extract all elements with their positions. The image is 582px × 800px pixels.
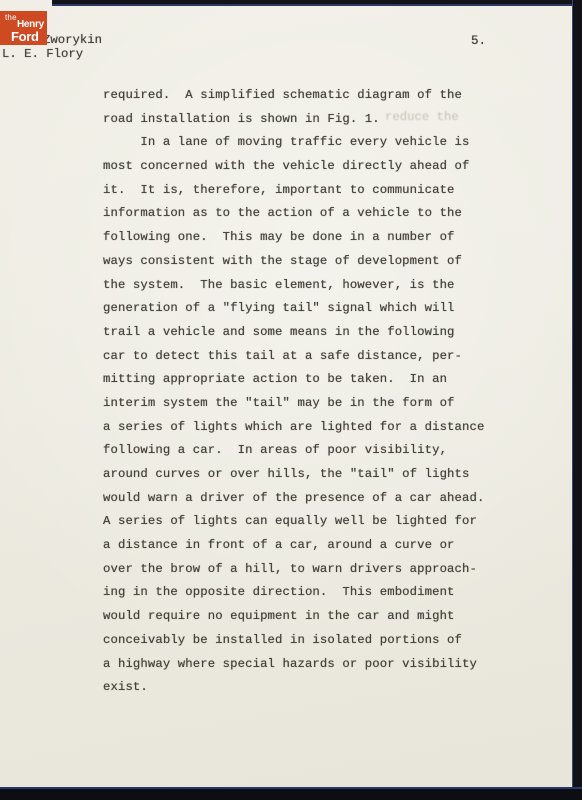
typed-line: over the brow of a hill, to warn drivers…	[103, 558, 523, 582]
typed-line: exist.	[103, 676, 523, 700]
typed-line: car to detect this tail at a safe distan…	[103, 345, 523, 369]
scanned-document-page: Zworykin the Henry Ford L. E. Flory 5. r…	[0, 0, 582, 800]
typed-line: following a car. In areas of poor visibi…	[103, 439, 523, 463]
typed-line: conceivably be installed in isolated por…	[103, 629, 523, 653]
typed-line: trail a vehicle and some means in the fo…	[103, 321, 523, 345]
typed-line: interim system the "tail" may be in the …	[103, 392, 523, 416]
typed-line: around curves or over hills, the "tail" …	[103, 463, 523, 487]
typed-line: In a lane of moving traffic every vehicl…	[103, 131, 523, 155]
typed-line: following one. This may be done in a num…	[103, 226, 523, 250]
typed-line: a highway where special hazards or poor …	[103, 653, 523, 677]
logo-word-the: the	[5, 13, 17, 22]
typed-line: ways consistent with the stage of develo…	[103, 250, 523, 274]
logo-word-ford: Ford	[11, 29, 39, 44]
typed-line: required. A simplified schematic diagram…	[103, 84, 523, 108]
scan-mat-right	[572, 0, 582, 800]
typed-line: a series of lights which are lighted for…	[103, 416, 523, 440]
page-number: 5.	[471, 34, 486, 48]
typed-line: the system. The basic element, however, …	[103, 274, 523, 298]
typed-line: road installation is shown in Fig. 1.	[103, 108, 523, 132]
typed-line: would require no equipment in the car an…	[103, 605, 523, 629]
typed-line: information as to the action of a vehicl…	[103, 202, 523, 226]
typed-line: A series of lights can equally well be l…	[103, 510, 523, 534]
typed-text-block: required. A simplified schematic diagram…	[103, 84, 523, 700]
author-name-flory: L. E. Flory	[2, 47, 83, 61]
typed-line: would warn a driver of the presence of a…	[103, 487, 523, 511]
typed-line: ing in the opposite direction. This embo…	[103, 581, 523, 605]
typed-line: it. It is, therefore, important to commu…	[103, 179, 523, 203]
typed-line: mitting appropriate action to be taken. …	[103, 368, 523, 392]
scan-mat-bottom	[0, 787, 582, 800]
scan-mat-top	[52, 0, 582, 6]
henry-ford-logo: the Henry Ford	[0, 11, 47, 45]
author-name-zworykin: Zworykin	[43, 33, 102, 47]
typed-line: generation of a "flying tail" signal whi…	[103, 297, 523, 321]
typed-line: most concerned with the vehicle directly…	[103, 155, 523, 179]
typed-line: a distance in front of a car, around a c…	[103, 534, 523, 558]
